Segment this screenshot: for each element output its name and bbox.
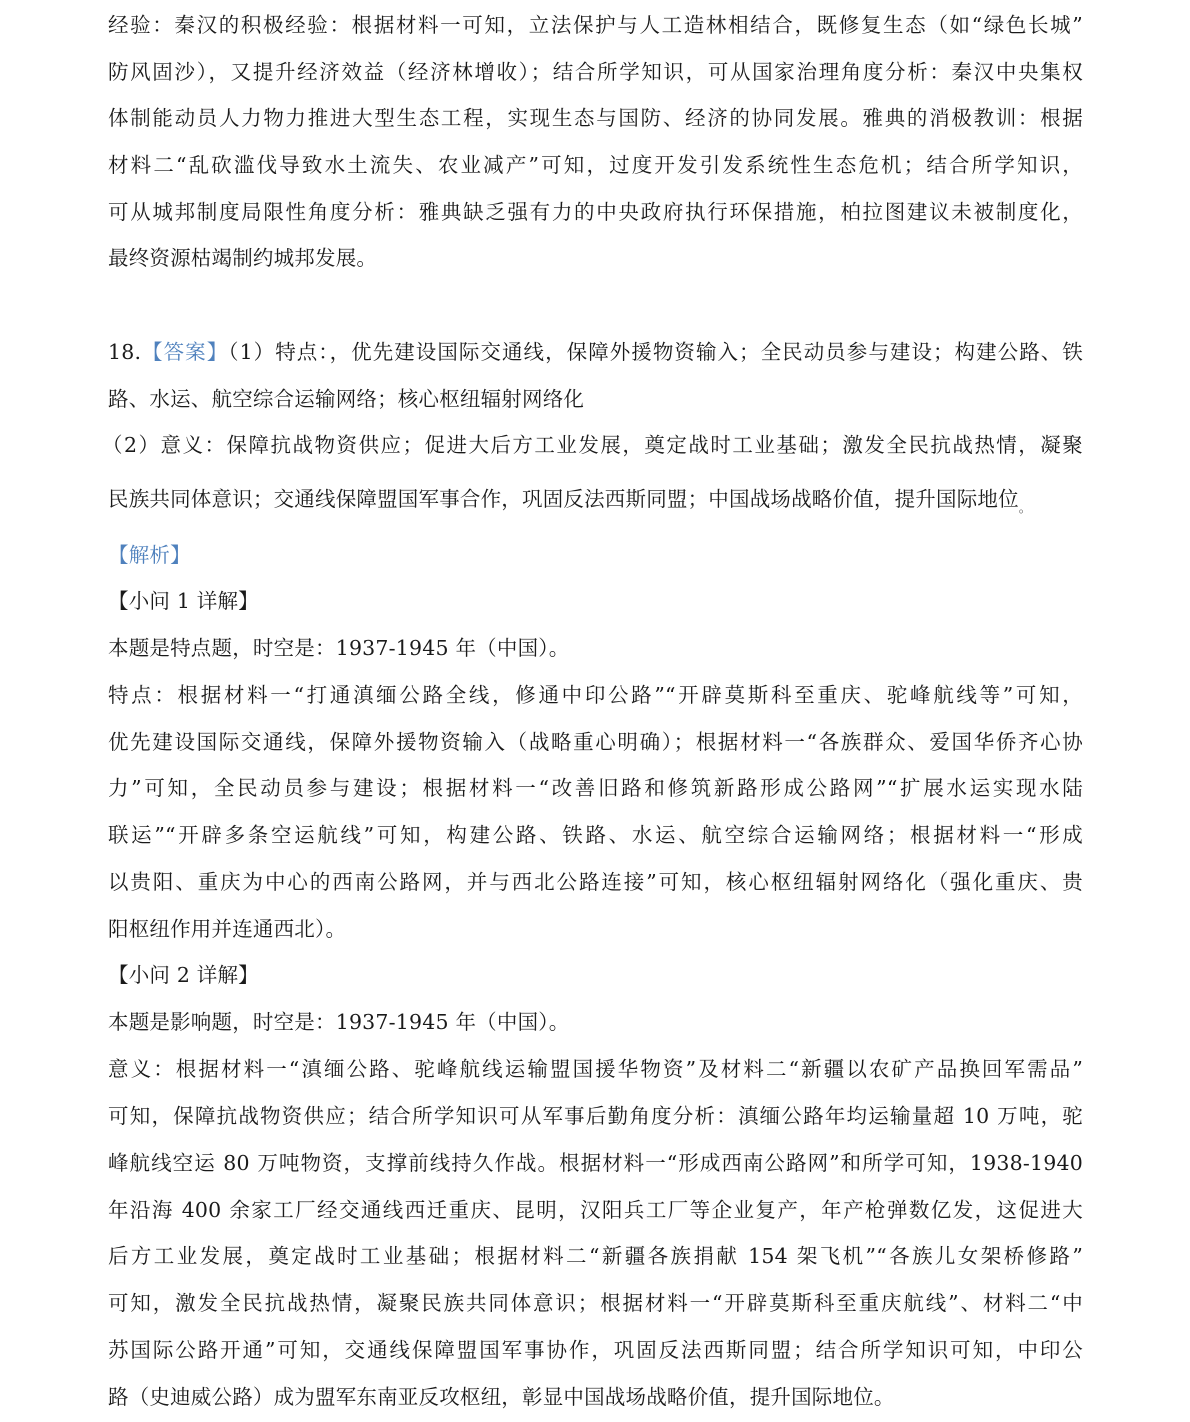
answer-text: 民族共同体意识；交通线保障盟国军事合作，巩固反法西斯同盟；中国战场战略价值，提升… — [108, 487, 1019, 511]
sub1-line: 以贵阳、重庆为中心的西南公路网，并与西北公路连接”可知，核心枢纽辐射网络化（强化… — [108, 867, 1083, 897]
q17-paragraph-line: 防风固沙），又提升经济效益（经济林增收）；结合所学知识，可从国家治理角度分析：秦… — [108, 57, 1083, 87]
period-mark: 。 — [1019, 501, 1031, 515]
sub1-line: 特点：根据材料一“打通滇缅公路全线，修通中印公路”“开辟莫斯科至重庆、驼峰航线等… — [108, 680, 1083, 710]
q18-answer-line: （2）意义：保障抗战物资供应；促进大后方工业发展，奠定战时工业基础；激发全民抗战… — [102, 430, 1083, 460]
sub2-line: 峰航线空运 80 万吨物资，支撑前线持久作战。根据材料一“形成西南公路网”和所学… — [108, 1148, 1083, 1178]
sub2-line: 可知，保障抗战物资供应；结合所学知识可从军事后勤角度分析：滇缅公路年均运输量超 … — [108, 1101, 1083, 1131]
sub2-line: 路（史迪威公路）成为盟军东南亚反攻枢纽，彰显中国战场战略价值，提升国际地位。 — [108, 1382, 895, 1412]
q17-paragraph-line: 体制能动员人力物力推进大型生态工程，实现生态与国防、经济的协同发展。雅典的消极教… — [108, 103, 1083, 133]
sub2-line: 年沿海 400 余家工厂经交通线西迁重庆、昆明，汉阳兵工厂等企业复产，年产枪弹数… — [108, 1195, 1083, 1225]
sub1-line: 优先建设国际交通线，保障外援物资输入（战略重心明确）；根据材料一“各族群众、爱国… — [108, 727, 1083, 757]
sub1-heading: 【小问 1 详解】 — [108, 586, 259, 616]
answer-tag: 【答案】 — [141, 340, 228, 364]
sub2-line: 意义：根据材料一“滇缅公路、驼峰航线运输盟国援华物资”及材料二“新疆以农矿产品换… — [108, 1054, 1083, 1084]
sub2-line: 本题是影响题，时空是：1937-1945 年（中国）。 — [108, 1007, 569, 1037]
q18-answer-line: 18.【答案】（1）特点：，优先建设国际交通线，保障外援物资输入；全民动员参与建… — [108, 337, 1083, 367]
sub1-line: 联运”“开辟多条空运航线”可知，构建公路、铁路、水运、航空综合运输网络；根据材料… — [108, 820, 1083, 850]
question-number: 18. — [108, 340, 141, 364]
sub1-line: 力”可知，全民动员参与建设；根据材料一“改善旧路和修筑新路形成公路网”“扩展水运… — [108, 773, 1083, 803]
q18-answer-line: 民族共同体意识；交通线保障盟国军事合作，巩固反法西斯同盟；中国战场战略价值，提升… — [108, 484, 1031, 523]
q18-answer-line: 路、水运、航空综合运输网络；核心枢纽辐射网络化 — [108, 384, 584, 414]
sub2-heading: 【小问 2 详解】 — [108, 960, 259, 990]
q17-paragraph-line: 经验：秦汉的积极经验：根据材料一可知，立法保护与人工造林相结合，既修复生态（如“… — [108, 10, 1083, 40]
sub2-line: 后方工业发展，奠定战时工业基础；根据材料二“新疆各族捐献 154 架飞机”“各族… — [108, 1241, 1083, 1271]
answer-text: （1）特点：，优先建设国际交通线，保障外援物资输入；全民动员参与建设；构建公路、… — [228, 340, 1083, 364]
q17-paragraph-line: 可从城邦制度局限性角度分析：雅典缺乏强有力的中央政府执行环保措施，柏拉图建议未被… — [108, 197, 1083, 227]
sub1-line: 阳枢纽作用并连通西北）。 — [108, 914, 346, 944]
q17-paragraph-line: 最终资源枯竭制约城邦发展。 — [108, 243, 377, 273]
analysis-tag: 【解析】 — [108, 540, 191, 570]
sub2-line: 苏国际公路开通”可知，交通线保障盟国军事协作，巩固反法西斯同盟；结合所学知识可知… — [108, 1335, 1083, 1365]
sub1-line: 本题是特点题，时空是：1937-1945 年（中国）。 — [108, 633, 569, 663]
q17-paragraph-line: 材料二“乱砍滥伐导致水土流失、农业减产”可知，过度开发引发系统性生态危机；结合所… — [108, 150, 1083, 180]
sub2-line: 可知，激发全民抗战热情，凝聚民族共同体意识；根据材料一“开辟莫斯科至重庆航线”、… — [108, 1288, 1083, 1318]
